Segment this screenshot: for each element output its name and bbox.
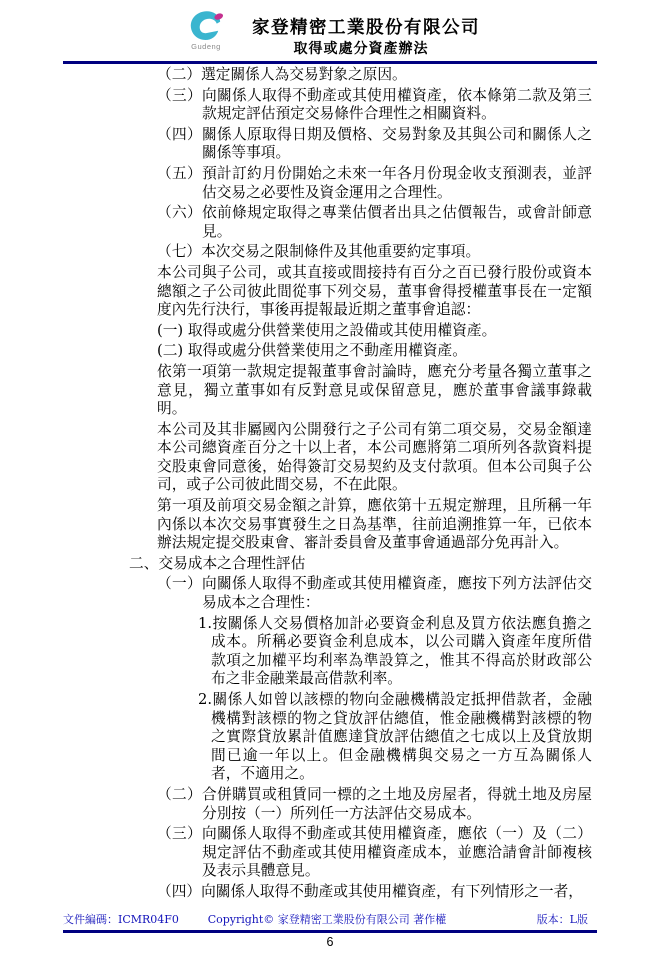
item-label: （七）: [157, 243, 201, 260]
footer-rule: [63, 930, 597, 933]
doc-numbered-item: 1.按關係人交易價格加計必要資金利息及買方依法應負擔之成本。所稱必要資金利息成本…: [198, 615, 592, 689]
item-label: （四）: [157, 126, 202, 143]
item-label: (二): [157, 342, 188, 359]
logo-wordmark: Gudeng: [184, 42, 228, 51]
item-text: 向關係人取得不動產或其使用權資產，依本條第二款及第三款規定評估預定交易條件合理性…: [202, 87, 592, 123]
item-label: 2.: [198, 691, 212, 708]
doc-paragraph: 本公司與子公司，或其直接或間接持有百分之百已發行股份或資本總額之子公司彼此間從事…: [157, 264, 592, 320]
doc-item: （七）本次交易之限制條件及其他重要約定事項。: [157, 243, 592, 262]
doc-paragraph: 第一項及前項交易金額之計算，應依第十五規定辦理，且所稱一年內係以本次交易事實發生…: [157, 497, 592, 553]
item-text: 本公司與子公司，或其直接或間接持有百分之百已發行股份或資本總額之子公司彼此間從事…: [157, 264, 592, 318]
doc-subitem: （三）向關係人取得不動產或其使用權資產，應依（一）及（二）規定評估不動產或其使用…: [157, 825, 592, 881]
doc-item: （六）依前條規定取得之專業估價者出具之估價報告，或會計師意見。: [157, 204, 592, 241]
item-label: （四）: [157, 883, 201, 900]
item-label: （二）: [157, 786, 202, 803]
item-label: （六）: [157, 204, 202, 221]
item-text: 關係人如曾以該標的物向金融機構設定抵押借款者，金融機構對該標的物之貸放評估總值，…: [211, 691, 592, 782]
document-page: Gudeng 家登精密工業股份有限公司 取得或處分資產辦法 （二）選定關係人為交…: [0, 0, 651, 961]
doc-subitem: （四）向關係人取得不動產或其使用權資產，有下列情形之一者，: [157, 883, 592, 902]
item-label: 二、: [129, 555, 158, 572]
doc-item: （三）向關係人取得不動產或其使用權資產，依本條第二款及第三款規定評估預定交易條件…: [157, 87, 592, 124]
doc-paragraph: 依第一項第一款規定提報董事會討論時，應充分考量各獨立董事之意見，獨立董事如有反對…: [157, 363, 592, 419]
page-number: 6: [63, 935, 597, 949]
item-text: 合併購買或租賃同一標的之土地及房屋者，得就土地及房屋分別按（一）所列任一方法評估…: [202, 786, 592, 822]
item-text: 取得或處分供營業使用之設備或其使用權資產。: [188, 322, 496, 339]
item-label: （三）: [157, 87, 202, 104]
document-title: 取得或處分資產辦法: [252, 38, 470, 58]
item-label: (一): [157, 322, 188, 339]
item-text: 取得或處分供營業使用之不動產用權資產。: [188, 342, 467, 359]
item-text: 本次交易之限制條件及其他重要約定事項。: [201, 243, 480, 260]
item-label: 1.: [198, 615, 212, 632]
item-text: 依第一項第一款規定提報董事會討論時，應充分考量各獨立董事之意見，獨立董事如有反對…: [157, 363, 592, 417]
doc-item: （二）選定關係人為交易對象之原因。: [157, 66, 592, 85]
item-label: （一）: [157, 575, 202, 592]
doc-subitem: （一）向關係人取得不動產或其使用權資產，應按下列方法評估交易成本之合理性：: [157, 575, 592, 612]
doc-item: （四）關係人原取得日期及價格、交易對象及其與公司和關係人之關係等事項。: [157, 126, 592, 163]
company-name: 家登精密工業股份有限公司: [252, 14, 480, 39]
doc-item: （五）預計訂約月份開始之未來一年各月份現金收支預測表，並評估交易之必要性及資金運…: [157, 165, 592, 202]
doc-short-item: (二) 取得或處分供營業使用之不動產用權資產。: [157, 342, 592, 361]
item-text: 向關係人取得不動產或其使用權資產，應依（一）及（二）規定評估不動產或其使用權資產…: [202, 825, 592, 879]
document-body: （二）選定關係人為交易對象之原因。（三）向關係人取得不動產或其使用權資產，依本條…: [157, 66, 592, 904]
doc-short-item: (一) 取得或處分供營業使用之設備或其使用權資產。: [157, 322, 592, 341]
footer-doc-code: 文件編碼：ICMR04F0: [63, 911, 179, 927]
item-label: （三）: [157, 825, 202, 842]
footer-version: 版本：L版: [537, 911, 588, 927]
page-header: Gudeng 家登精密工業股份有限公司 取得或處分資產辦法: [0, 0, 651, 66]
item-text: 向關係人取得不動產或其使用權資產，有下列情形之一者，: [201, 883, 583, 900]
doc-numbered-item: 2.關係人如曾以該標的物向金融機構設定抵押借款者，金融機構對該標的物之貸放評估總…: [198, 691, 592, 784]
item-text: 交易成本之合理性評估: [158, 555, 305, 572]
item-text: 第一項及前項交易金額之計算，應依第十五規定辦理，且所稱一年內係以本次交易事實發生…: [157, 497, 592, 551]
header-rule: [63, 61, 597, 64]
item-text: 按關係人交易價格加計必要資金利息及買方依法應負擔之成本。所稱必要資金利息成本，以…: [211, 615, 592, 688]
item-text: 本公司及其非屬國內公開發行之子公司有第二項交易，交易金額達本公司總資產百分之十以…: [157, 421, 592, 494]
item-text: 向關係人取得不動產或其使用權資產，應按下列方法評估交易成本之合理性：: [202, 575, 592, 611]
item-text: 預計訂約月份開始之未來一年各月份現金收支預測表，並評估交易之必要性及資金運用之合…: [202, 165, 592, 201]
item-text: 選定關係人為交易對象之原因。: [201, 66, 407, 83]
item-label: （二）: [157, 66, 201, 83]
doc-subitem: （二）合併購買或租賃同一標的之土地及房屋者，得就土地及房屋分別按（一）所列任一方…: [157, 786, 592, 823]
item-label: （五）: [157, 165, 202, 182]
company-logo: Gudeng: [184, 10, 228, 51]
doc-paragraph: 本公司及其非屬國內公開發行之子公司有第二項交易，交易金額達本公司總資產百分之十以…: [157, 421, 592, 495]
gudeng-logo-icon: [187, 10, 225, 42]
item-text: 依前條規定取得之專業估價者出具之估價報告，或會計師意見。: [202, 204, 592, 240]
item-text: 關係人原取得日期及價格、交易對象及其與公司和關係人之關係等事項。: [202, 126, 592, 162]
section-heading: 二、交易成本之合理性評估: [129, 555, 592, 574]
